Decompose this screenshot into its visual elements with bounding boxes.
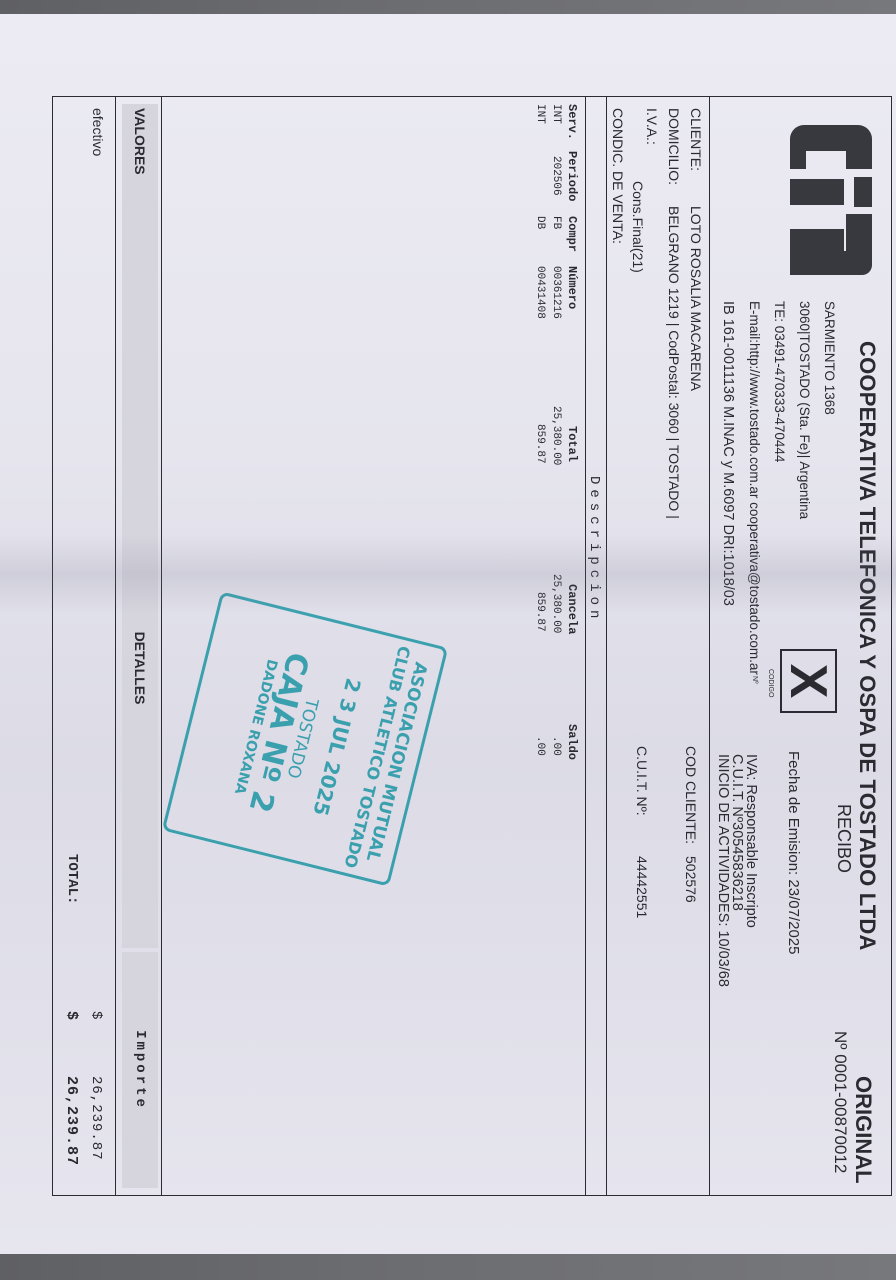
payment-amount: 26,239.87 [88, 1076, 104, 1161]
total-amount: 26,239.87 [63, 1076, 80, 1166]
payment-currency: $ [88, 1011, 104, 1019]
copy-label: ORIGINAL [850, 1076, 876, 1184]
client-cuit: 44442551 [634, 856, 650, 918]
col-header-compr: Compr [565, 216, 579, 252]
cell-serv: INT [550, 104, 562, 124]
client-name: LOTO ROSALIA MACARENA [688, 206, 704, 391]
client-iva: Cons.Final(21) [630, 181, 646, 273]
company-ib: IB 161-0011136 M.INAC y M.6097 DRI:1018/… [720, 301, 736, 606]
col-header-valores: VALORES [122, 104, 158, 390]
client-label: CLIENTE: [688, 108, 704, 171]
company-cuit: C.U.I.T. Nº30545836218 [730, 754, 744, 987]
cell-periodo: 202506 [550, 156, 562, 196]
payment-header-band: VALORES DETALLES Importe [118, 96, 162, 1196]
issue-date: Fecha de Emision: 23/07/2025 [785, 751, 802, 954]
total-label: TOTAL: [64, 854, 80, 904]
col-header-cancela: Cancela [565, 584, 579, 634]
cell-saldo: .00 [550, 736, 562, 756]
cell-cancela: 25,380.00 [550, 574, 562, 633]
total-currency: $ [63, 1011, 80, 1020]
cell-saldo: .00 [534, 736, 546, 756]
divider [115, 96, 116, 1196]
document-type: RECIBO [833, 804, 854, 873]
divider [606, 96, 607, 1196]
receipt-document: COOPERATIVA TELEFONICA Y OSPA DE TOSTADO… [52, 96, 892, 1196]
col-header-saldo: Saldo [565, 724, 579, 760]
col-header-detalles: DETALLES [122, 388, 158, 948]
receipt-number: Nº 0001-00870012 [830, 1031, 850, 1173]
cell-compr: FB [550, 216, 562, 229]
company-name: COOPERATIVA TELEFONICA Y OSPA DE TOSTADO… [854, 341, 880, 951]
sale-condition-label: CONDIC. DE VENTA: [610, 108, 626, 244]
address-label: DOMICILIO: [666, 108, 682, 185]
client-address: BELGRANO 1219 | CodPostal: 3060 | TOSTAD… [666, 206, 682, 519]
col-header-total: Total [565, 426, 579, 462]
iva-label: I.V.A.: [644, 108, 660, 145]
col-header-serv: Serv. [565, 104, 579, 140]
col-header-numero: Número [565, 266, 579, 309]
company-address: SARMIENTO 1368 [822, 301, 837, 415]
client-code: 502576 [683, 856, 699, 903]
client-cuit-label: C.U.I.T. Nº: [634, 746, 650, 816]
cell-cancela: 859.87 [534, 592, 546, 632]
cell-numero: 00361216 [550, 266, 562, 319]
company-email: E-mail:http://www.tostado.com.ar coopera… [747, 301, 762, 675]
cell-total: 859.87 [534, 424, 546, 464]
client-code-label: COD CLIENTE: [683, 746, 699, 844]
cell-total: 25,380.00 [550, 406, 562, 465]
company-city: 3060|TOSTADO (Sta. Fe)| Argentina [797, 301, 812, 519]
code-label: CODIGO [767, 669, 774, 697]
divider [585, 96, 586, 1196]
iva-status: IVA: Responsable Inscripto [744, 754, 758, 987]
activity-start: INICIO DE ACTIVIDADES: 10/03/68 [716, 754, 730, 987]
col-header-importe: Importe [122, 952, 158, 1188]
company-phone: TE: 03491-470333-470444 [772, 301, 787, 462]
description-title: Descripcion [586, 476, 602, 623]
cell-serv: INT [534, 104, 546, 124]
code-number-label: Nº [751, 676, 758, 684]
divider [709, 96, 710, 1196]
col-header-periodo: Periodo [565, 151, 579, 201]
company-logo-icon [788, 121, 880, 276]
receipt-frame [52, 96, 892, 1196]
cell-compr: DB [534, 216, 546, 229]
tax-info: IVA: Responsable Inscripto C.U.I.T. Nº30… [716, 754, 758, 987]
receipt-paper: COOPERATIVA TELEFONICA Y OSPA DE TOSTADO… [0, 14, 896, 1254]
cell-numero: 00431408 [534, 266, 546, 319]
invoice-code-box: X [780, 649, 837, 713]
payment-method: efectivo [90, 108, 106, 156]
